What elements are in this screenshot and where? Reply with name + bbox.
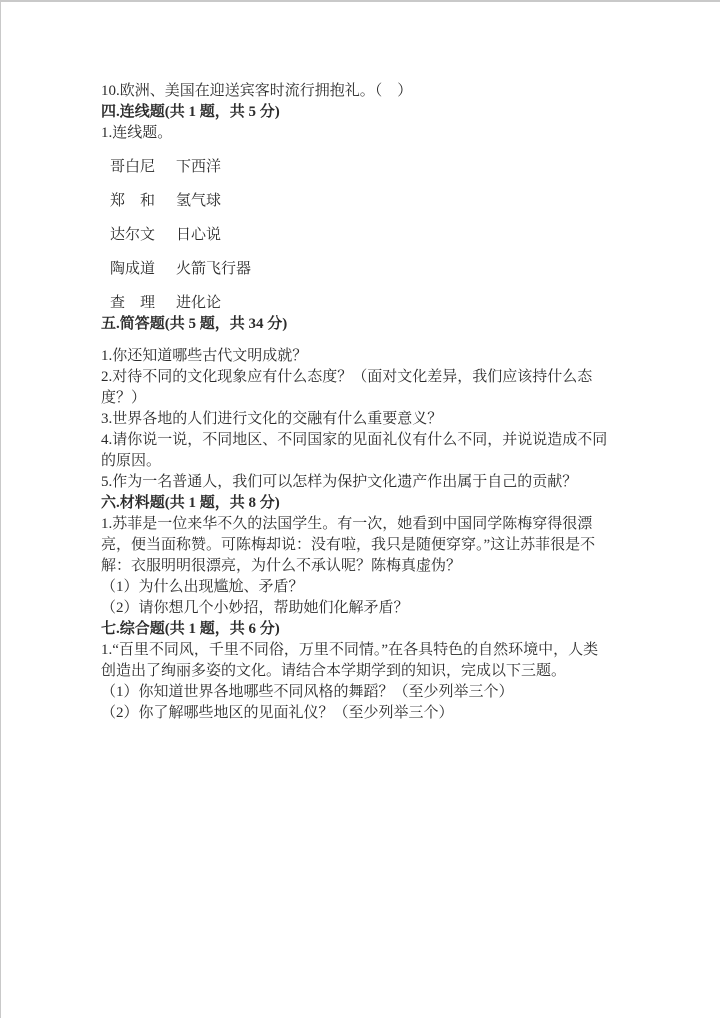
matching-pair-row: 查 理进化论 — [101, 293, 608, 314]
comprehensive-passage: 1.“百里不同风，千里不同俗，万里不同情。”在各具特色的自然环境中，人类创造出了… — [101, 640, 608, 682]
material-sub-question: （1）为什么出现尴尬、矛盾？ — [101, 577, 608, 598]
matching-pair-row: 郑 和氢气球 — [101, 191, 608, 212]
section-title-short-answer: 五.简答题(共 5 题，共 34 分) — [101, 314, 608, 335]
short-answer-question: 3.世界各地的人们进行文化的交融有什么重要意义？ — [101, 409, 608, 430]
matching-right-item: 进化论 — [176, 295, 221, 311]
matching-pair-row: 达尔文日心说 — [101, 225, 608, 246]
comprehensive-sub-question: （2）你了解哪些地区的见面礼仪？（至少列举三个） — [101, 703, 608, 724]
matching-left-item: 哥白尼 — [110, 157, 176, 178]
short-answer-questions: 1.你还知道哪些古代文明成就？ 2.对待不同的文化现象应有什么态度？（面对文化差… — [101, 346, 608, 493]
short-answer-question: 4.请你说一说，不同地区、不同国家的见面礼仪有什么不同，并说说造成不同的原因。 — [101, 430, 608, 472]
matching-right-item: 日心说 — [176, 227, 221, 243]
short-answer-question: 5.作为一名普通人，我们可以怎样为保护文化遗产作出属于自己的贡献？ — [101, 472, 608, 493]
matching-left-item: 郑 和 — [110, 191, 176, 212]
matching-pairs: 哥白尼下西洋 郑 和氢气球 达尔文日心说 陶成道火箭飞行器 查 理进化论 — [101, 157, 608, 314]
section-title-matching: 四.连线题(共 1 题，共 5 分) — [101, 102, 608, 123]
short-answer-question: 2.对待不同的文化现象应有什么态度？（面对文化差异，我们应该持什么态度？） — [101, 367, 608, 409]
exam-paper-page: 10.欧洲、美国在迎送宾客时流行拥抱礼。（ ） 四.连线题(共 1 题，共 5 … — [0, 0, 720, 1018]
short-answer-question: 1.你还知道哪些古代文明成就？ — [101, 346, 608, 367]
matching-left-item: 查 理 — [110, 293, 176, 314]
matching-right-item: 火箭飞行器 — [176, 261, 251, 277]
matching-instruction: 1.连线题。 — [101, 123, 608, 144]
true-false-question-10: 10.欧洲、美国在迎送宾客时流行拥抱礼。（ ） — [101, 81, 608, 102]
material-sub-question: （2）请你想几个小妙招，帮助她们化解矛盾？ — [101, 598, 608, 619]
comprehensive-sub-question: （1）你知道世界各地哪些不同风格的舞蹈？（至少列举三个） — [101, 682, 608, 703]
matching-pair-row: 陶成道火箭飞行器 — [101, 259, 608, 280]
material-passage: 1.苏菲是一位来华不久的法国学生。有一次，她看到中国同学陈梅穿得很漂亮，便当面称… — [101, 514, 608, 577]
matching-left-item: 达尔文 — [110, 225, 176, 246]
matching-left-item: 陶成道 — [110, 259, 176, 280]
section-title-comprehensive: 七.综合题(共 1 题，共 6 分) — [101, 619, 608, 640]
matching-pair-row: 哥白尼下西洋 — [101, 157, 608, 178]
section-title-material: 六.材料题(共 1 题，共 8 分) — [101, 493, 608, 514]
matching-right-item: 氢气球 — [176, 193, 221, 209]
matching-right-item: 下西洋 — [176, 159, 221, 175]
